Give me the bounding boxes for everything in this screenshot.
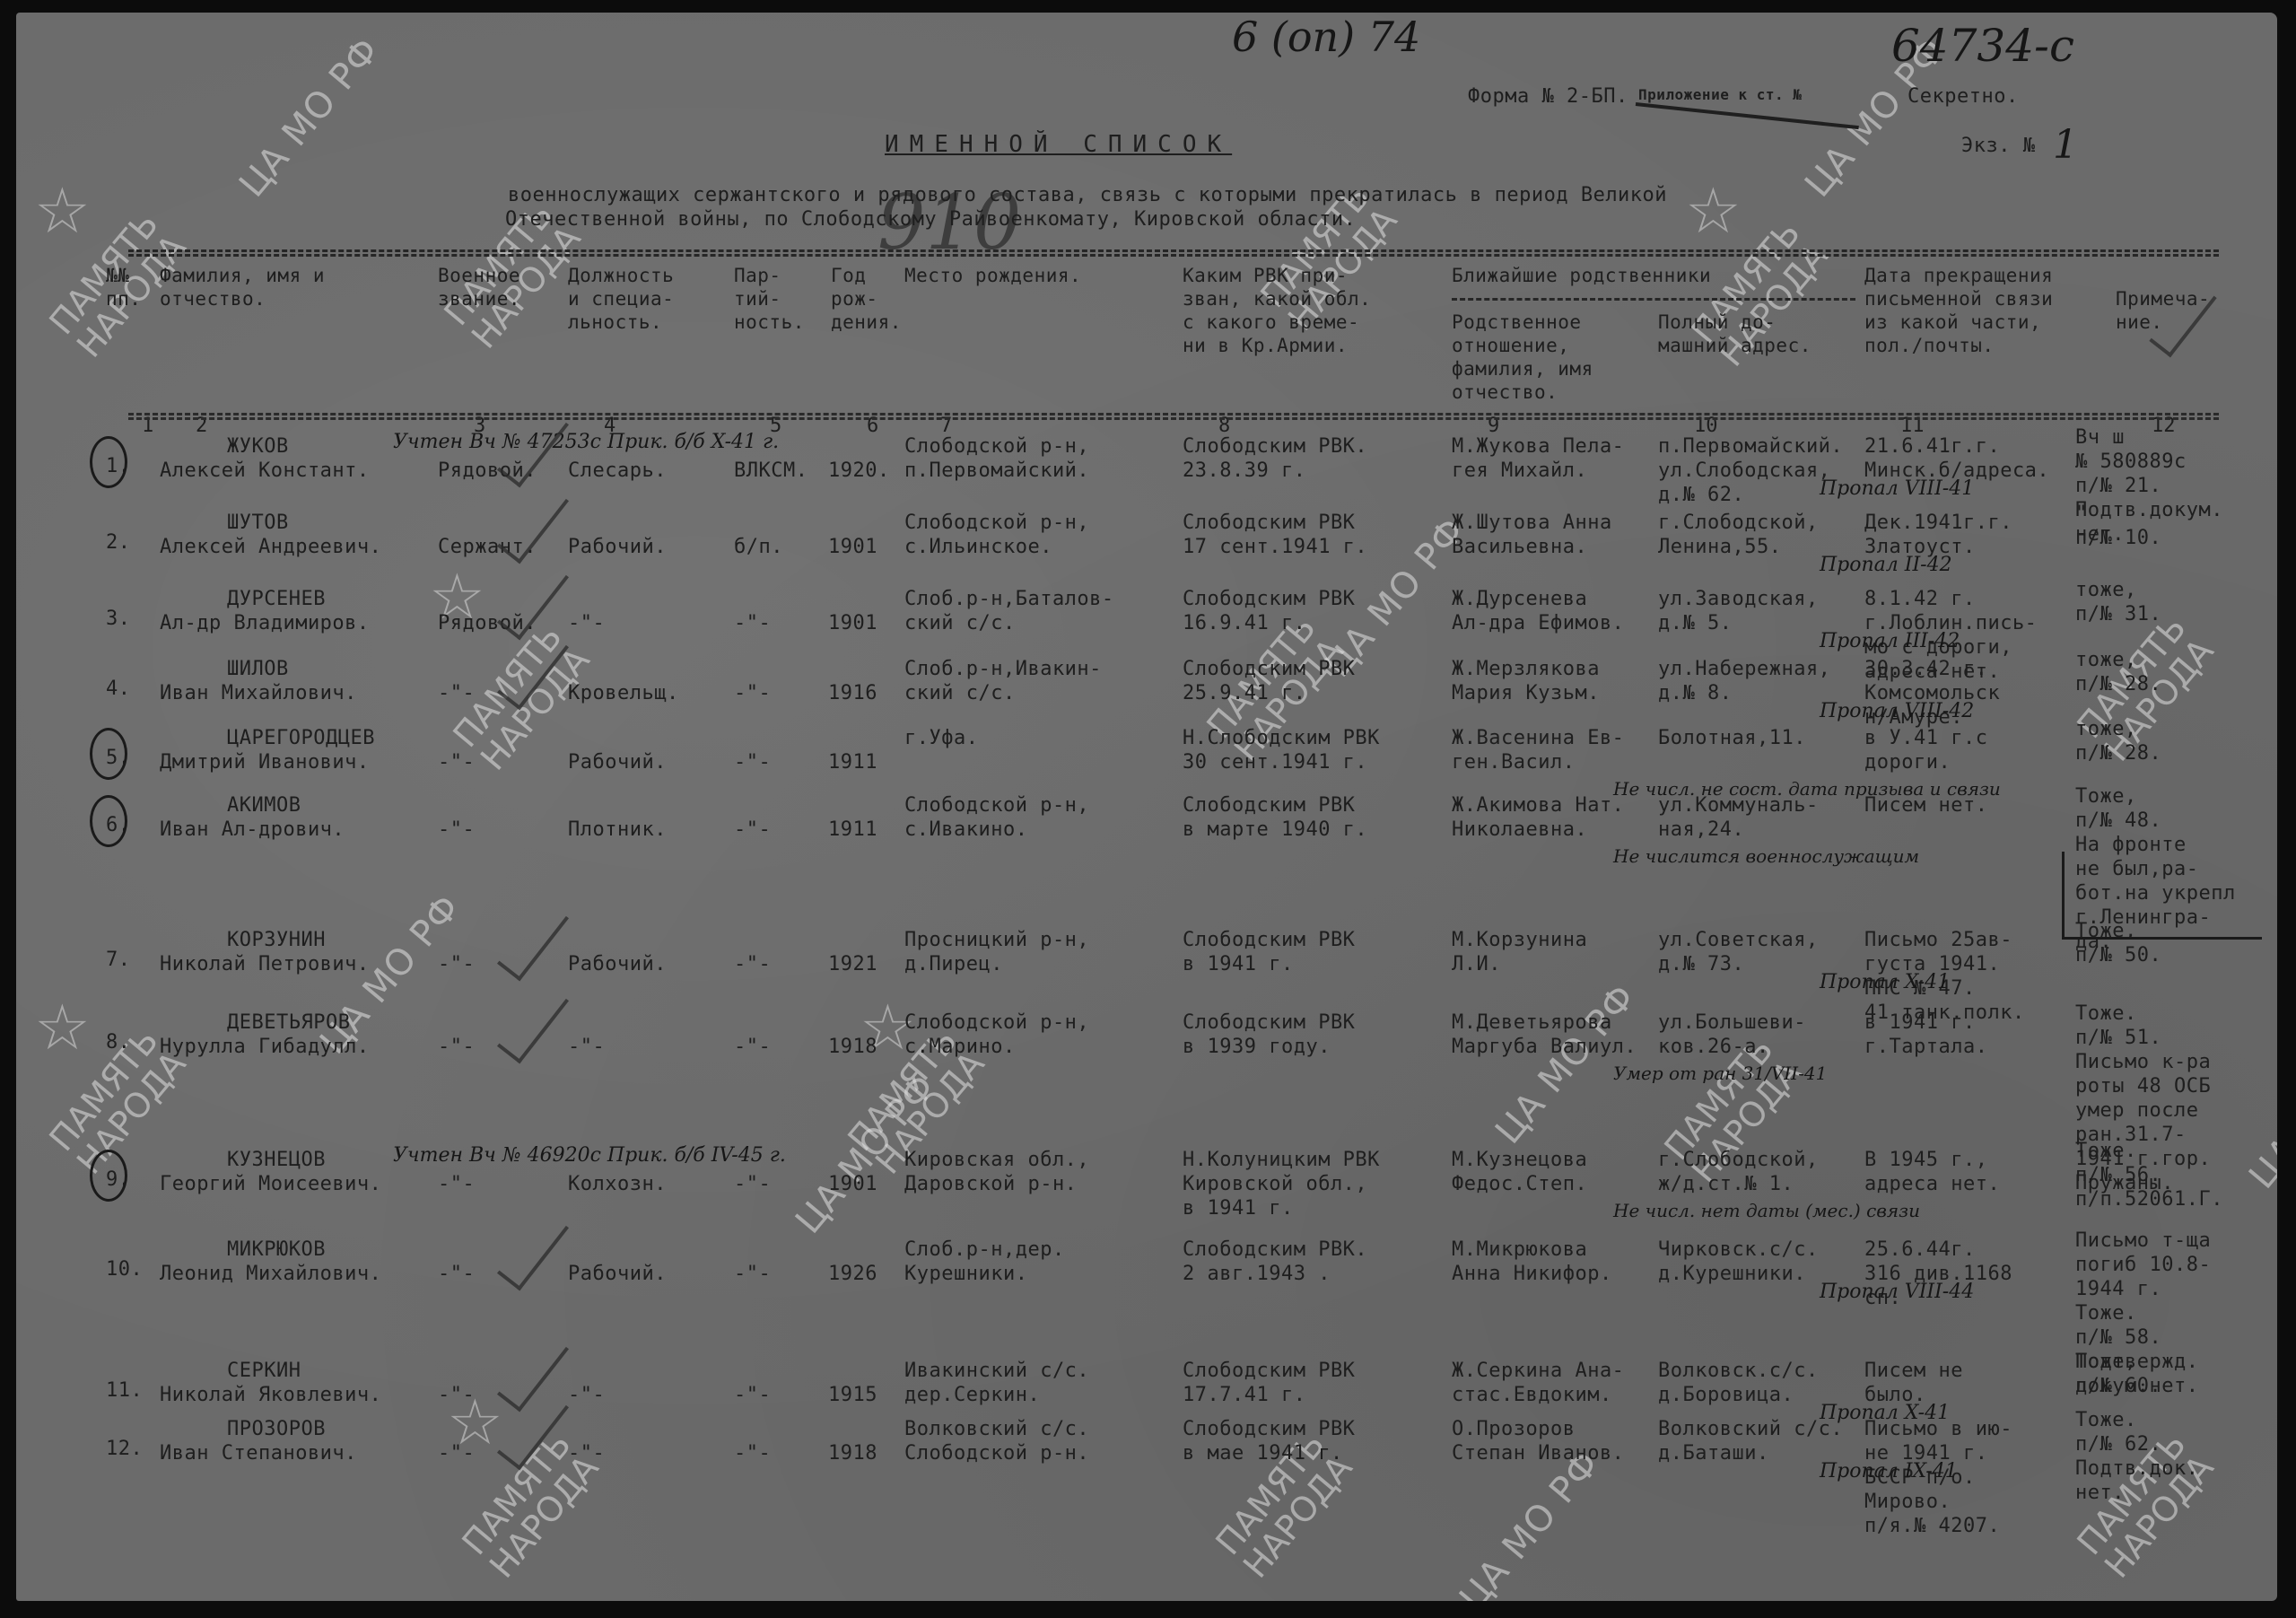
- cell-given: Ал-др Владимиров.: [160, 611, 370, 635]
- cell-given: Иван Михайлович.: [160, 681, 357, 705]
- cell-birthplace: Ивакинский с/с. дер.Серкин.: [904, 1359, 1089, 1407]
- cell-n: 4.: [106, 677, 131, 701]
- column-header: Дата прекращения письменной связи из как…: [1864, 264, 2053, 357]
- cell-rank: -"-: [438, 1172, 475, 1196]
- cell-n: 11.: [106, 1378, 143, 1403]
- cell-position: Рабочий.: [568, 535, 667, 559]
- column-header: Пар- тий- ность.: [734, 264, 805, 334]
- watermark-star-icon: ☆: [1685, 174, 1742, 248]
- cell-year: 1920.: [828, 459, 890, 483]
- cell-rvk: Слободским РВК 17.7.41 г.: [1183, 1359, 1355, 1407]
- document-page: ЦА МО РФ ЦА МО РФ ЦА МО РФ ЦА МО РФ ЦА М…: [16, 13, 2277, 1601]
- cell-party: -"-: [734, 1172, 771, 1196]
- cell-year: 1918: [828, 1441, 877, 1465]
- cell-relative: Ж.Дурсенева Ал-дра Ефимов.: [1452, 587, 1624, 635]
- cell-note: " п/№ 10.: [2075, 502, 2161, 550]
- cell-given: Алексей Констант.: [160, 459, 370, 483]
- handwritten-note: Не числится военнослужащим: [1613, 845, 1919, 867]
- cell-birthplace: Слободской р-н, п.Первомайский.: [904, 434, 1089, 483]
- handwritten-note: Пропал III-42: [1820, 630, 1960, 652]
- checkmark-icon: [497, 630, 569, 711]
- divider: [128, 249, 2219, 252]
- cell-address: г.Слободской, Ленина,55.: [1658, 511, 1819, 559]
- cell-birthplace: Слободской р-н, с.Ильинское.: [904, 511, 1089, 559]
- cell-party: -"-: [734, 1262, 771, 1286]
- cell-year: 1921: [828, 952, 877, 976]
- cell-position: Рабочий.: [568, 1262, 667, 1286]
- handwritten-annotation: Учтен Вч № 47253с Прик. б/б X-41 г.: [393, 431, 779, 453]
- cell-n: 12.: [106, 1437, 143, 1461]
- cell-rvk: Слободским РВК в мае 1941 г.: [1183, 1417, 1355, 1465]
- cell-year: 1918: [828, 1035, 877, 1059]
- cell-birthplace: Просницкий р-н, д.Пирец.: [904, 928, 1089, 976]
- cell-rvk: Н.Колуницким РВК Кировской обл., в 1941 …: [1183, 1148, 1380, 1220]
- surname: СЕРКИН: [227, 1359, 301, 1383]
- cell-rvk: Слободским РВК в 1941 г.: [1183, 928, 1355, 976]
- cell-relative: М.Деветьярова Маргуба Валиул.: [1452, 1010, 1637, 1059]
- divider: [128, 254, 2219, 257]
- cell-rank: -"-: [438, 750, 475, 774]
- cell-date-unit: 21.6.41г.г. Минск.б/адреса.: [1864, 434, 2049, 483]
- cell-rank: -"-: [438, 1383, 475, 1407]
- cell-position: -"-: [568, 1035, 605, 1059]
- cell-year: 1901: [828, 1172, 877, 1196]
- cell-rvk: Слободским РВК. 2 авг.1943 .: [1183, 1238, 1367, 1286]
- cell-birthplace: Слоб.р-н,дер. Курешники.: [904, 1238, 1065, 1286]
- surname: ДУРСЕНЕВ: [227, 587, 326, 611]
- cell-birthplace: г.Уфа.: [904, 726, 978, 750]
- cell-relative: Ж.Васенина Ев- ген.Васил.: [1452, 726, 1624, 774]
- cell-given: Леонид Михайлович.: [160, 1262, 381, 1286]
- attachment-label: Приложение к ст. №: [1638, 83, 1802, 107]
- cell-rvk: Слободским РВК 17 сент.1941 г.: [1183, 511, 1367, 559]
- cell-party: б/п.: [734, 535, 783, 559]
- surname: КУЗНЕЦОВ: [227, 1148, 326, 1172]
- cell-party: ВЛКСМ.: [734, 459, 808, 483]
- cell-note: Тоже. п/№ 62. Подтв.док. нет.: [2075, 1408, 2198, 1505]
- cell-given: Николай Яковлевич.: [160, 1383, 381, 1407]
- watermark-star-icon: ☆: [34, 174, 91, 248]
- column-header: Каким РВК при- зван, какой обл. с какого…: [1183, 264, 1371, 357]
- surname: ЦАРЕГОРОДЦЕВ: [227, 726, 375, 750]
- cell-address: ул.Набережная, д.№ 8.: [1658, 657, 1830, 705]
- cell-n: 2.: [106, 530, 131, 555]
- surname: МИКРЮКОВ: [227, 1238, 326, 1262]
- cell-given: Иван Ал-дрович.: [160, 818, 345, 842]
- cell-note: Тоже. п/№ 56. п/п.52061.Г.: [2075, 1139, 2223, 1211]
- cell-position: Рабочий.: [568, 952, 667, 976]
- surname: АКИМОВ: [227, 793, 301, 818]
- watermark-archive: ЦА МО РФ: [1452, 1443, 1608, 1601]
- cell-note: тоже, п/№ 28.: [2075, 717, 2161, 765]
- cell-note: тоже, п/№ 28.: [2075, 648, 2161, 696]
- cell-rvk: Слободским РВК 16.9.41 г.: [1183, 587, 1355, 635]
- cell-given: Георгий Моисеевич.: [160, 1172, 381, 1196]
- cell-rvk: Слободским РВК в 1939 году.: [1183, 1010, 1355, 1059]
- cell-address: ул.Большеви- ков.26-а.: [1658, 1010, 1806, 1059]
- cell-party: -"-: [734, 750, 771, 774]
- cell-relative: Ж.Мерзлякова Мария Кузьм.: [1452, 657, 1600, 705]
- cell-address: Болотная,11.: [1658, 726, 1806, 750]
- cell-relative: М.Микрюкова Анна Никифор.: [1452, 1238, 1612, 1286]
- cell-given: Иван Степанович.: [160, 1441, 357, 1465]
- cell-birthplace: Слоб.р-н,Баталов- ский с/с.: [904, 587, 1114, 635]
- divider: [128, 413, 2219, 415]
- cell-year: 1916: [828, 681, 877, 705]
- cell-given: Дмитрий Иванович.: [160, 750, 370, 774]
- cell-date-unit: Писем нет.: [1864, 793, 1987, 818]
- cell-date-unit: Писем не было.: [1864, 1359, 1963, 1407]
- watermark-archive: ЦА МО РФ: [2241, 1021, 2277, 1196]
- column-header: №№ пп.: [106, 264, 141, 310]
- cell-address: п.Первомайский. ул.Слободская, д.№ 62.: [1658, 434, 1843, 507]
- cell-given: Нурулла Гибадулл.: [160, 1035, 370, 1059]
- circled-number-mark: [90, 436, 127, 488]
- column-header: Военное звание.: [438, 264, 520, 310]
- archive-number-handwritten: 6 (оп) 74: [1232, 13, 1420, 61]
- subtitle-line-2: Отечественной войны, по Слободскому Райв…: [505, 207, 1356, 232]
- form-label: Форма № 2-БП.: [1468, 84, 1628, 109]
- checkmark-icon: [497, 984, 569, 1064]
- cell-date-unit: в У.41 г.с дороги.: [1864, 726, 1987, 774]
- cell-relative: Ж.Шутова Анна Васильевна.: [1452, 511, 1612, 559]
- cell-party: -"-: [734, 952, 771, 976]
- handwritten-note: Пропал VIII-44: [1820, 1281, 1974, 1303]
- cell-birthplace: Волковский с/с. Слободской р-н.: [904, 1417, 1089, 1465]
- cell-address: Волковский с/с. д.Баташи.: [1658, 1417, 1843, 1465]
- cell-year: 1911: [828, 750, 877, 774]
- cell-n: 8.: [106, 1030, 131, 1054]
- cell-n: 3.: [106, 607, 131, 631]
- cell-address: Чирковск.с/с. д.Курешники.: [1658, 1238, 1819, 1286]
- checkmark-icon: [497, 901, 569, 982]
- subtitle-line-1: военнослужащих сержантского и рядового с…: [508, 183, 1667, 207]
- watermark-archive: ЦА МО РФ: [231, 30, 388, 205]
- cell-position: Слесарь.: [568, 459, 667, 483]
- cell-relative: М.Кузнецова Федос.Степ.: [1452, 1148, 1587, 1196]
- cell-position: Рабочий.: [568, 750, 667, 774]
- cell-relative: М.Жукова Пела- гея Михайл.: [1452, 434, 1624, 483]
- cell-n: 10.: [106, 1257, 143, 1281]
- note-bracket: [2062, 852, 2262, 940]
- handwritten-note: Пропал X-41: [1820, 971, 1950, 993]
- secret-label: Секретно.: [1908, 84, 2019, 109]
- column-header: Год рож- дения.: [831, 264, 902, 334]
- surname: КОРЗУНИН: [227, 928, 326, 952]
- cell-address: ул.Заводская, д.№ 5.: [1658, 587, 1819, 635]
- surname: ПРОЗОРОВ: [227, 1417, 326, 1441]
- cell-birthplace: Слободской р-н, с.Марино.: [904, 1010, 1089, 1059]
- handwritten-note: Пропал VIII-42: [1820, 700, 1974, 722]
- handwritten-note: Пропал VIII-41: [1820, 477, 1974, 500]
- cell-rvk: Слободским РВК 25.9.41 г.: [1183, 657, 1355, 705]
- cell-position: -"-: [568, 1441, 605, 1465]
- cell-year: 1915: [828, 1383, 877, 1407]
- archive-number-handwritten: 64734-с: [1891, 20, 2074, 72]
- cell-year: 1901: [828, 535, 877, 559]
- cell-party: -"-: [734, 1441, 771, 1465]
- cell-relative: О.Прозоров Степан Иванов.: [1452, 1417, 1624, 1465]
- cell-note: тоже, п/№ 31.: [2075, 578, 2161, 626]
- handwritten-annotation: Учтен Вч № 46920с Прик. б/б IV-45 г.: [393, 1144, 786, 1167]
- cell-birthplace: Кировская обл., Даровской р-н.: [904, 1148, 1089, 1196]
- cell-rank: -"-: [438, 818, 475, 842]
- surname: ЖУКОВ: [227, 434, 289, 459]
- divider: [1452, 298, 1855, 301]
- cell-given: Алексей Андреевич.: [160, 535, 381, 559]
- column-header: Место рождения.: [904, 264, 1081, 287]
- cell-rank: -"-: [438, 952, 475, 976]
- column-header: Должность и специа- льность.: [568, 264, 674, 334]
- cell-year: 1926: [828, 1262, 877, 1286]
- cell-year: 1901: [828, 611, 877, 635]
- copy-label: Экз. №: [1961, 134, 2035, 158]
- cell-rvk: Н.Слободским РВК 30 сент.1941 г.: [1183, 726, 1380, 774]
- cell-date-unit: в 1941 г. г.Тартала.: [1864, 1010, 1987, 1059]
- cell-birthplace: Слободской р-н, с.Ивакино.: [904, 793, 1089, 842]
- cell-relative: Ж.Акимова Нат. Николаевна.: [1452, 793, 1624, 842]
- cell-relative: Ж.Серкина Ана- стас.Евдоким.: [1452, 1359, 1624, 1407]
- watermark-star-icon: ☆: [34, 991, 91, 1064]
- page-title: ИМЕННОЙ СПИСОК: [885, 133, 1232, 157]
- cell-note: Тоже, п/№ 60.: [2075, 1350, 2161, 1398]
- divider: [128, 417, 2219, 420]
- cell-rvk: Слободским РВК. 23.8.39 г.: [1183, 434, 1367, 483]
- cell-party: -"-: [734, 818, 771, 842]
- handwritten-note: Пропал IX-41: [1820, 1460, 1958, 1482]
- cell-address: ул.Советская, д.№ 73.: [1658, 928, 1819, 976]
- cell-given: Николай Петрович.: [160, 952, 370, 976]
- cell-address: ул.Коммуналь- ная,24.: [1658, 793, 1819, 842]
- cell-date-unit: В 1945 г., адреса нет.: [1864, 1148, 2000, 1196]
- cell-party: -"-: [734, 611, 771, 635]
- cell-position: Кровельщ.: [568, 681, 679, 705]
- checkmark-icon: [497, 1211, 569, 1291]
- cell-position: -"-: [568, 611, 605, 635]
- cell-rank: -"-: [438, 1262, 475, 1286]
- cell-date-unit: Дек.1941г.г. Златоуст.: [1864, 511, 2012, 559]
- cell-party: -"-: [734, 681, 771, 705]
- cell-address: Волковск.с/с. д.Боровица.: [1658, 1359, 1819, 1407]
- cell-rank: -"-: [438, 681, 475, 705]
- copy-number: 1: [2053, 122, 2078, 168]
- column-header: Полный до- машний адрес.: [1658, 264, 1811, 357]
- cell-n: 7.: [106, 948, 131, 972]
- cell-rvk: Слободским РВК в марте 1940 г.: [1183, 793, 1367, 842]
- cell-birthplace: Слоб.р-н,Ивакин- ский с/с.: [904, 657, 1102, 705]
- handwritten-note: Умер от ран 31/VII-41: [1613, 1063, 1827, 1084]
- circled-number-mark: [90, 1150, 127, 1202]
- handwritten-note: Пропал II-42: [1820, 554, 1952, 576]
- cell-address: г.Слободской, ж/д.ст.№ 1.: [1658, 1148, 1819, 1196]
- circled-number-mark: [90, 795, 127, 847]
- cell-rank: -"-: [438, 1035, 475, 1059]
- cell-position: Плотник.: [568, 818, 667, 842]
- cell-year: 1911: [828, 818, 877, 842]
- cell-relative: М.Корзунина Л.И.: [1452, 928, 1587, 976]
- surname: ШИЛОВ: [227, 657, 289, 681]
- handwritten-note: Не числ. нет даты (мес.) связи: [1613, 1200, 1920, 1221]
- cell-party: -"-: [734, 1383, 771, 1407]
- circled-number-mark: [90, 728, 127, 780]
- cell-party: -"-: [734, 1035, 771, 1059]
- surname: ШУТОВ: [227, 511, 289, 535]
- column-header: Фамилия, имя и отчество.: [160, 264, 325, 310]
- surname: ДЕВЕТЬЯРОВ: [227, 1010, 350, 1035]
- cell-position: Колхозн.: [568, 1172, 667, 1196]
- cell-rank: -"-: [438, 1441, 475, 1465]
- cell-position: -"-: [568, 1383, 605, 1407]
